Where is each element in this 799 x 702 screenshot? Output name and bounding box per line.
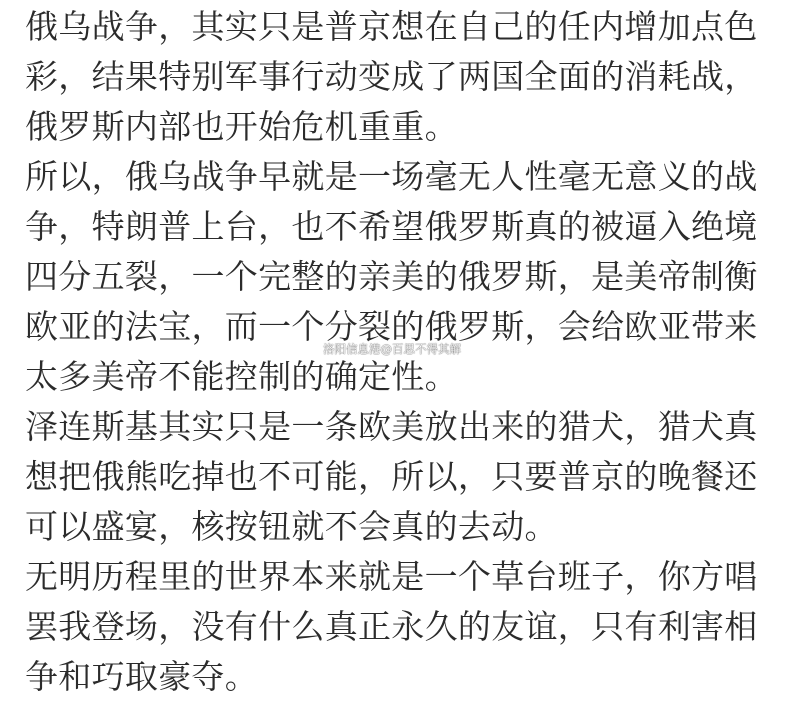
- text-line: 所以，俄乌战争早就是一场毫无人性毫无意义的战: [25, 152, 758, 202]
- text-line: 可以盛宴，核按钮就不会真的去动。: [25, 502, 558, 552]
- text-line: 想把俄熊吃掉也不可能，所以，只要普京的晚餐还: [25, 452, 758, 502]
- text-line: 无明历程里的世界本来就是一个草台班子，你方唱: [25, 552, 758, 602]
- text-line: 泽连斯基其实只是一条欧美放出来的猎犬，猎犬真: [25, 402, 758, 452]
- text-line: 太多美帝不能控制的确定性。: [25, 352, 458, 402]
- text-line: 俄乌战争，其实只是普京想在自己的任内增加点色: [25, 2, 758, 52]
- watermark: 洛阳信息港@百思不得其解: [323, 342, 461, 356]
- text-line: 争，特朗普上台，也不希望俄罗斯真的被逼入绝境: [25, 202, 758, 252]
- text-line: 俄罗斯内部也开始危机重重。: [25, 102, 458, 152]
- text-line: 罢我登场，没有什么真正永久的友谊，只有利害相: [25, 602, 758, 652]
- text-line: 四分五裂，一个完整的亲美的俄罗斯，是美帝制衡: [25, 252, 758, 302]
- text-line: 争和巧取豪夺。: [25, 652, 258, 702]
- text-line: 彩，结果特别军事行动变成了两国全面的消耗战，: [25, 52, 758, 102]
